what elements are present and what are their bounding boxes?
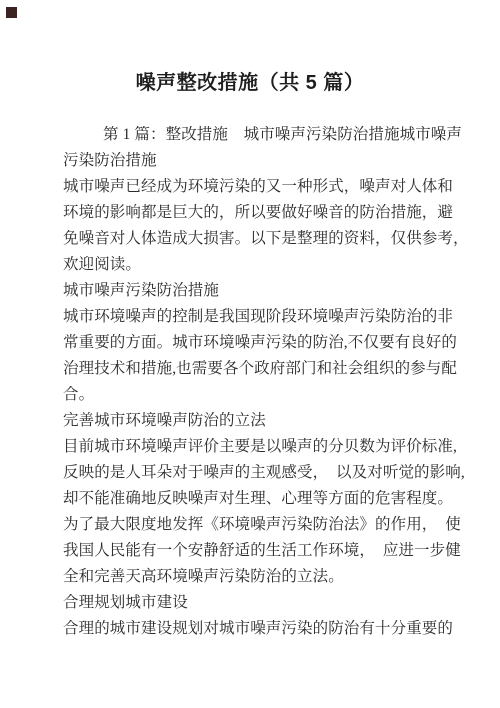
text-line: 常重要的方面。城市环境噪声污染的防治,不仅要有良好的 <box>63 330 490 356</box>
text-line: 环境的影响都是巨大的，所以要做好噪音的防治措施，避 <box>63 200 490 226</box>
text-line: 治理技术和措施,也需要各个政府部门和社会组织的参与配 <box>63 356 490 382</box>
text-line: 目前城市环境噪声评价主要是以噪声的分贝数为评价标准, <box>63 434 490 460</box>
text-line: 完善城市环境噪声防治的立法 <box>63 408 490 434</box>
text-line: 城市噪声污染防治措施 <box>63 278 490 304</box>
text-line: 我国人民能有一个安静舒适的生活工作环境， 应进一步健 <box>63 538 490 564</box>
text-line: 合。 <box>63 382 490 408</box>
text-line: 污染防治措施 <box>63 148 490 174</box>
document-body: 第 1 篇：整改措施 城市噪声污染防治措施城市噪声污染防治措施城市噪声已经成为环… <box>0 122 500 642</box>
document-page: 噪声整改措施（共 5 篇） 第 1 篇：整改措施 城市噪声污染防治措施城市噪声污… <box>0 0 500 708</box>
text-line: 合理的城市建设规划对城市噪声污染的防治有十分重要的 <box>63 616 490 642</box>
text-line: 免噪音对人体造成大损害。以下是整理的资料，仅供参考， <box>63 226 490 252</box>
text-line: 第 1 篇：整改措施 城市噪声污染防治措施城市噪声 <box>63 122 490 148</box>
text-line: 却不能准确地反映噪声对生理、心理等方面的危害程度。 <box>63 486 490 512</box>
text-line: 反映的是人耳朵对于噪声的主观感受， 以及对听觉的影响, <box>63 460 490 486</box>
document-title: 噪声整改措施（共 5 篇） <box>0 68 500 98</box>
text-line: 为了最大限度地发挥《环境噪声污染防治法》的作用， 使 <box>63 512 490 538</box>
text-line: 全和完善天高环境噪声污染防治的立法。 <box>63 564 490 590</box>
text-line: 城市噪声已经成为环境污染的又一种形式，噪声对人体和 <box>63 174 490 200</box>
corner-artifact <box>6 7 17 18</box>
text-line: 城市环境噪声的控制是我国现阶段环境噪声污染防治的非 <box>63 304 490 330</box>
text-line: 合理规划城市建设 <box>63 590 490 616</box>
text-line: 欢迎阅读。 <box>63 252 490 278</box>
